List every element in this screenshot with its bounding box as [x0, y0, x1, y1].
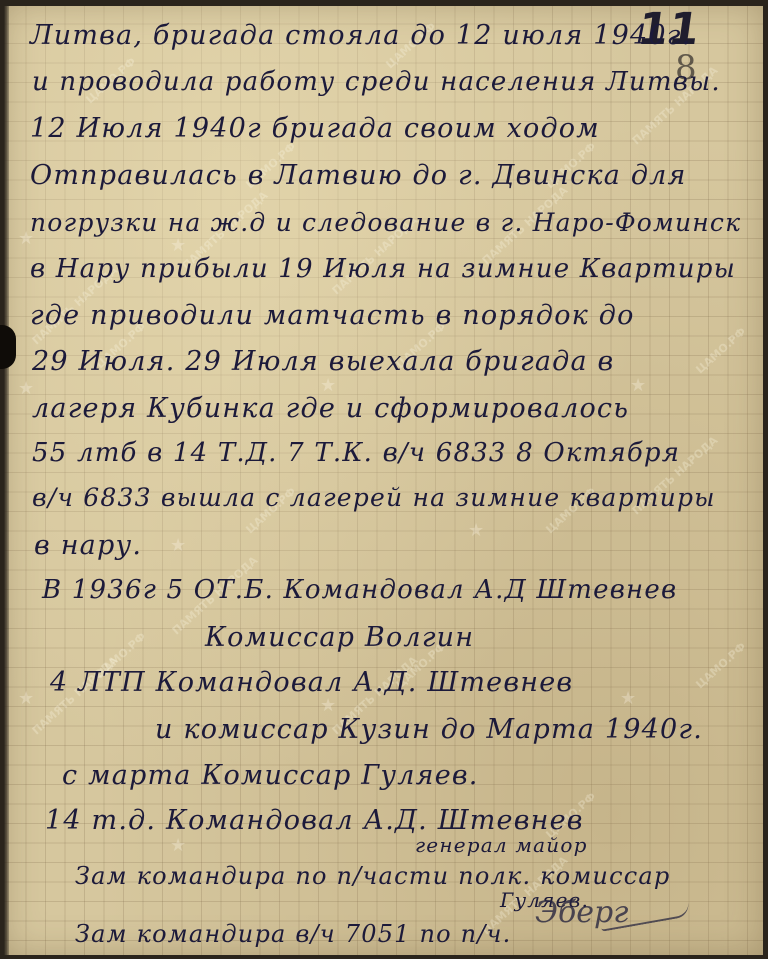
watermark-star-icon: ★: [620, 688, 636, 709]
text-line: и проводила работу среди населения Литвы…: [32, 67, 721, 97]
archival-document-page: ПАМЯТЬ НАРОДА ПАМЯТЬ НАРОДА ПАМЯТЬ НАРОД…: [0, 0, 768, 959]
scan-edge-left: [0, 0, 9, 959]
text-line: 4 ЛТП Командовал А.Д. Штевнев: [50, 667, 573, 698]
binding-hole: [0, 325, 16, 369]
scan-edge-bottom: [0, 955, 768, 959]
text-line: в/ч 6833 вышла с лагерей на зимние кварт…: [32, 483, 716, 512]
watermark-star-icon: ★: [170, 235, 186, 256]
text-line: 55 лтб в 14 Т.Д. 7 Т.К. в/ч 6833 8 Октяб…: [32, 438, 680, 468]
text-line: где приводили матчасть в порядок до: [30, 300, 635, 331]
text-line: Литва, бригада стояла до 12 июля 1940г.: [30, 20, 691, 51]
text-line: В 1936г 5 ОТ.Б. Командовал А.Д Штевнев: [42, 575, 677, 605]
text-line: Отправилась в Латвию до г. Двинска для: [30, 160, 687, 191]
text-line: лагеря Кубинка где и сформировалось: [32, 393, 629, 424]
scan-edge-right: [763, 0, 768, 959]
text-line: Комиссар Волгин: [205, 622, 474, 653]
text-line: в нару.: [34, 530, 142, 561]
watermark-star-icon: ★: [320, 695, 336, 716]
text-line: с марта Комиссар Гуляев.: [62, 760, 479, 791]
text-line: 29 Июля. 29 Июля выехала бригада в: [32, 346, 614, 377]
watermark: ЦАМО.РФ: [694, 326, 748, 376]
watermark-star-icon: ★: [630, 375, 646, 396]
watermark: ЦАМО.РФ: [694, 641, 748, 691]
text-line: и комиссар Кузин до Марта 1940г.: [155, 714, 703, 745]
text-line: в Нару прибыли 19 Июля на зимние Квартир…: [30, 254, 736, 284]
text-line: 14 т.д. Командовал А.Д. Штевнев: [45, 805, 584, 836]
watermark-star-icon: ★: [18, 688, 34, 709]
watermark-star-icon: ★: [170, 535, 186, 556]
text-line: Зам командира в/ч 7051 по п/ч.: [75, 920, 512, 948]
watermark-star-icon: ★: [468, 520, 484, 541]
watermark-star-icon: ★: [170, 835, 186, 856]
text-line-annotation: генерал майор: [415, 833, 588, 857]
text-line: Зам командира по п/части полк. комиссар: [75, 862, 670, 890]
text-line: 12 Июля 1940г бригада своим ходом: [30, 113, 600, 144]
text-line: погрузки на ж.д и следование в г. Наро-Ф…: [30, 208, 741, 237]
